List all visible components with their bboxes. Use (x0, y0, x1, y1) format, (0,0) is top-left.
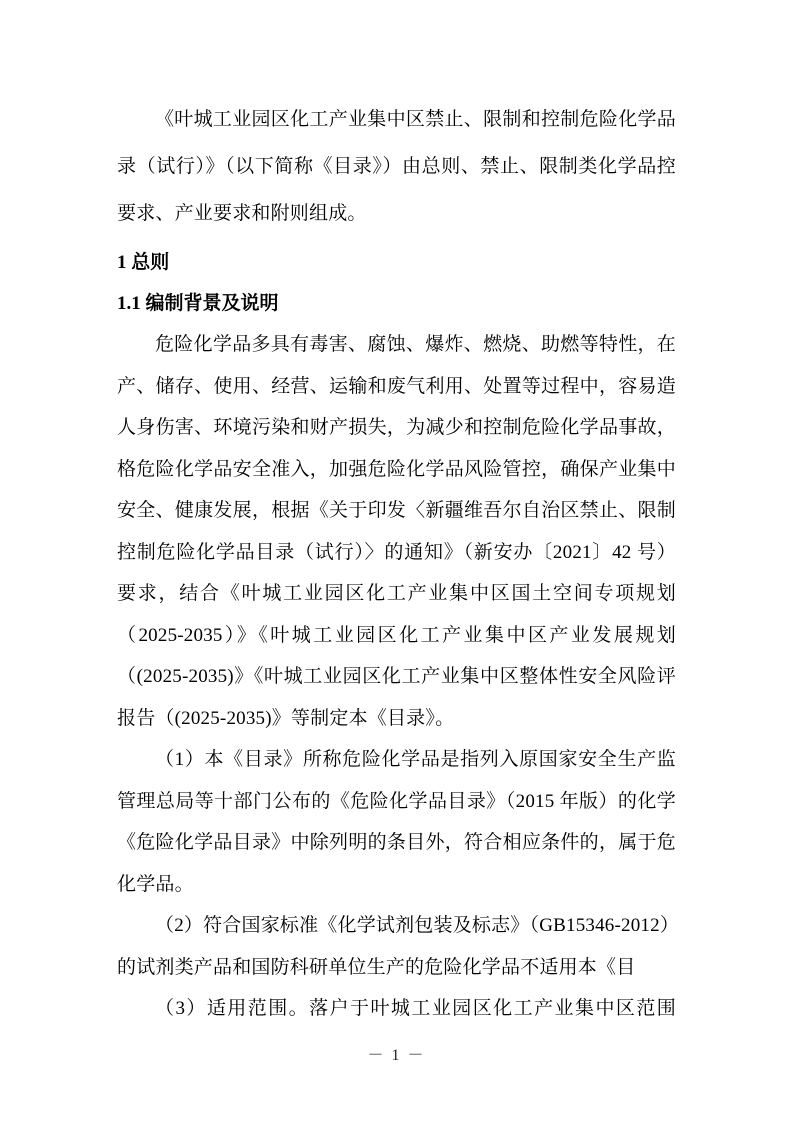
text-line: 《危险化学品目录》中除列明的条目外，符合相应条件的，属于危险 (117, 822, 676, 864)
subsection-heading: 1.1 编制背景及说明 (117, 283, 676, 324)
text-line: 要求、产业要求和附则组成。 (117, 190, 676, 237)
text-line: 报告（(2025-2035)》等制定本《目录》。 (117, 698, 676, 740)
item1-paragraph: （1）本《目录》所称危险化学品是指列入原国家安全生产监督 管理总局等十部门公布的… (117, 739, 676, 905)
text-line: 安全、健康发展，根据《关于印发〈新疆维吾尔自治区禁止、限制和 (117, 490, 676, 532)
text-line: （(2025-2035)》《叶城工业园区化工产业集中区整体性安全风险评估 (117, 656, 676, 698)
text-line: 格危险化学品安全准入，加强危险化学品风险管控，确保产业集中区 (117, 449, 676, 491)
text-line: （3）适用范围。落户于叶城工业园区化工产业集中区范围内， (117, 988, 676, 1030)
text-line: 危险化学品多具有毒害、腐蚀、爆炸、燃烧、助燃等特性，在生 (117, 324, 676, 366)
item2-paragraph: （2）符合国家标准《化学试剂包装及标志》（GB15346-2012） 的试剂类产… (117, 905, 676, 988)
text-line: 要求，结合《叶城工业园区化工产业集中区国土空间专项规划 (117, 573, 676, 615)
intro-paragraph: 《叶城工业园区化工产业集中区禁止、限制和控制危险化学品目 录（试行）》（以下简称… (117, 96, 676, 237)
text-line: （1）本《目录》所称危险化学品是指列入原国家安全生产监督 (117, 739, 676, 781)
section-heading: 1 总则 (117, 242, 676, 283)
text-line: 管理总局等十部门公布的《危险化学品目录》（2015 年版）的化学品。 (117, 781, 676, 823)
text-line: （2025-2035）》《叶城工业园区化工产业集中区产业发展规划 (117, 615, 676, 657)
text-line: 化学品。 (117, 864, 676, 906)
text-line: 的试剂类产品和国防科研单位生产的危险化学品不适用本《目录》。 (117, 947, 676, 989)
item3-paragraph: （3）适用范围。落户于叶城工业园区化工产业集中区范围内， (117, 988, 676, 1030)
document-page: 《叶城工业园区化工产业集中区禁止、限制和控制危险化学品目 录（试行）》（以下简称… (0, 0, 793, 1122)
text-line: 产、储存、使用、经营、运输和废气利用、处置等过程中，容易造成 (117, 366, 676, 408)
text-line: 《叶城工业园区化工产业集中区禁止、限制和控制危险化学品目 (117, 96, 676, 143)
text-line: 人身伤害、环境污染和财产损失，为减少和控制危险化学品事故，严 (117, 407, 676, 449)
text-line: 录（试行）》（以下简称《目录》）由总则、禁止、限制类化学品控制 (117, 143, 676, 190)
background-paragraph: 危险化学品多具有毒害、腐蚀、爆炸、燃烧、助燃等特性，在生 产、储存、使用、经营、… (117, 324, 676, 739)
text-line: 控制危险化学品目录（试行）〉的通知》（新安办〔2021〕42 号）的 (117, 532, 676, 574)
page-number: － 1 － (117, 1044, 676, 1068)
text-line: （2）符合国家标准《化学试剂包装及标志》（GB15346-2012） (117, 905, 676, 947)
